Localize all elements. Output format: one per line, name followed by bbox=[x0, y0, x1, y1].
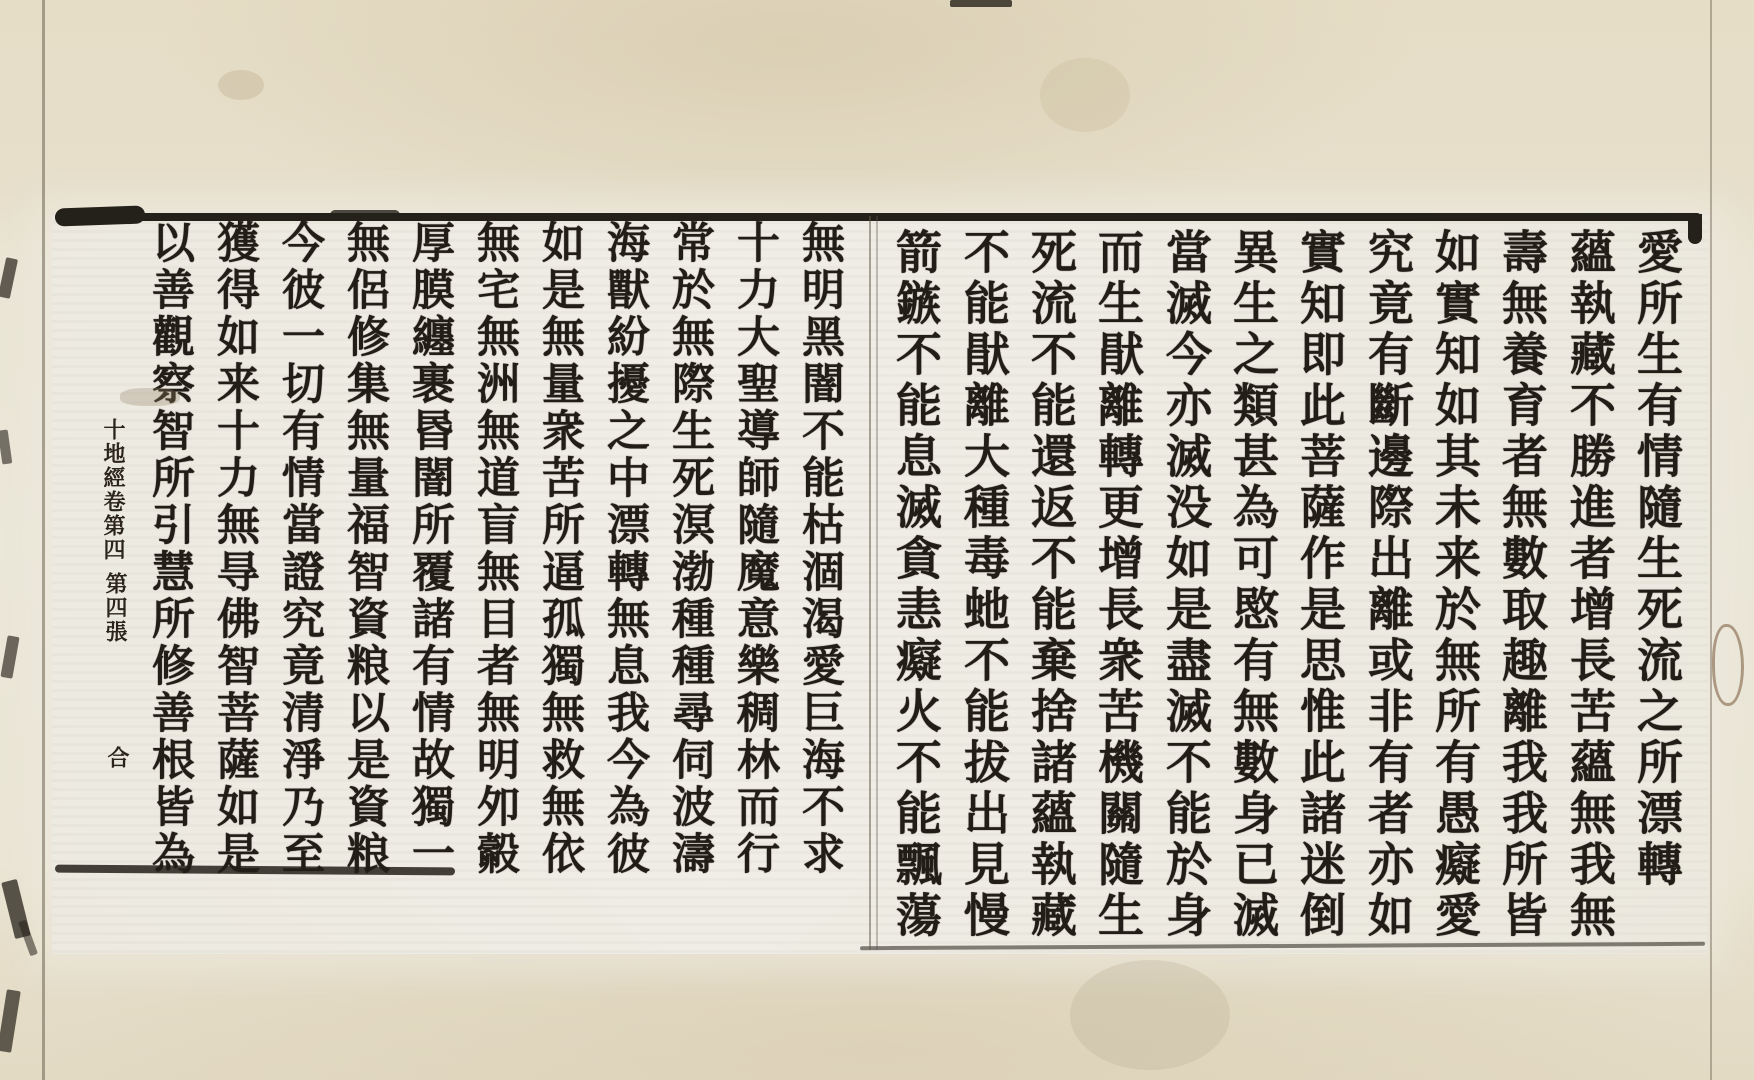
text-column-left-1: 無明黑闇不能枯涸渴愛巨海不求 bbox=[791, 220, 851, 884]
scanned-sutra-scroll-sheet: { "sheet": { "description_title": "十地經卷第… bbox=[0, 0, 1754, 1080]
text-column-left-3: 常於無際生死溟渤種種尋伺波濤 bbox=[661, 220, 721, 884]
text-column-right-11: 不能猒離大種毒虵不能拔出見慢 bbox=[955, 228, 1017, 950]
text-column-left-4: 海獸紛擾之中漂轉無息我今為彼 bbox=[596, 220, 656, 884]
colophon-collation-mark: 合 bbox=[102, 746, 133, 770]
right-margin-brown-stain bbox=[1712, 624, 1744, 706]
text-column-right-2: 蘊執藏不勝進者增長苦蘊無我無 bbox=[1561, 228, 1623, 950]
text-column-right-3: 壽無養育者無數取趣離我我所皆 bbox=[1493, 228, 1555, 950]
text-column-left-5: 如是無量衆苦所逼孤獨無救無依 bbox=[531, 220, 591, 884]
bottom-margin-stain bbox=[1070, 960, 1230, 1070]
text-column-left-7: 厚膜纏裹昬闇所覆諸有情故獨一 bbox=[401, 220, 461, 884]
text-column-left-2: 十力大聖導師隨魔意樂稠林而行 bbox=[726, 220, 786, 884]
text-column-right-4: 如實知如其未来於無所有愚癡愛 bbox=[1426, 228, 1488, 950]
text-column-right-6: 實知即此菩薩作是思惟此諸迷倒 bbox=[1291, 228, 1353, 950]
text-column-right-7: 異生之類甚為可愍有無數身已滅 bbox=[1224, 228, 1286, 950]
top-edge-ink-speck bbox=[950, 0, 1012, 7]
text-column-left-8: 無侶修集無量福智資粮以是資粮 bbox=[336, 220, 396, 884]
text-column-right-9: 而生猒離轉更增長衆苦機關隨生 bbox=[1089, 228, 1151, 950]
text-column-left-6: 無宅無洲無道盲無目者無明夘㲉 bbox=[466, 220, 526, 884]
top-border-ink-blob-mid bbox=[330, 210, 400, 220]
top-margin-stain-right bbox=[1040, 58, 1130, 132]
text-column-right-8: 當滅今亦滅没如是盡滅不能於身 bbox=[1157, 228, 1219, 950]
top-border-hook-right bbox=[1688, 214, 1702, 244]
text-column-left-11: 以善觀察智所引慧所修善根皆為 bbox=[141, 220, 201, 884]
top-border-ink-blob-left bbox=[55, 205, 146, 226]
text-column-right-12: 箭鏃不能息滅貪恚癡火不能飄蕩 bbox=[887, 228, 949, 950]
text-column-right-1: 愛所生有情隨生死流之所漂轉 bbox=[1628, 228, 1690, 950]
text-column-left-9: 今彼一切有情當證究竟清淨乃至 bbox=[271, 220, 331, 884]
colophon-sheet-number: 第四張 bbox=[100, 572, 131, 644]
left-margin-smudge bbox=[120, 388, 180, 406]
top-margin-stain-left bbox=[218, 70, 264, 100]
center-fold-seam-line-b bbox=[876, 216, 878, 950]
center-fold-seam-line-a bbox=[869, 216, 871, 950]
text-column-right-10: 死流不能還返不能棄捨諸蘊執藏 bbox=[1022, 228, 1084, 950]
colophon-scroll-title: 十地經卷第四 bbox=[98, 418, 129, 562]
right-sheet-edge-line bbox=[1710, 0, 1712, 1080]
left-sheet-edge-line bbox=[42, 0, 45, 1080]
text-column-left-10: 獲得如来十力無㝵佛智菩薩如是 bbox=[206, 220, 266, 884]
text-column-right-5: 究竟有斷邊際出離或非有者亦如 bbox=[1359, 228, 1421, 950]
